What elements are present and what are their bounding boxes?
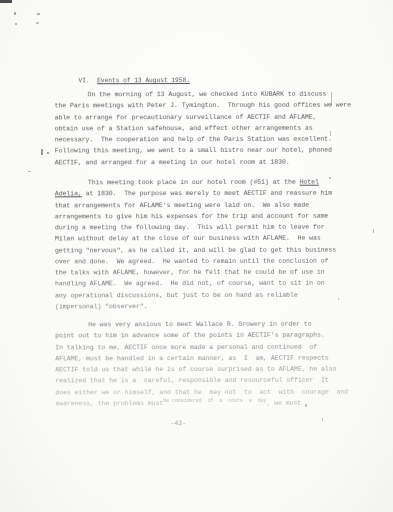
scan-artifact xyxy=(322,418,323,421)
text-segment: This meeting took place in our hotel roo… xyxy=(88,179,300,187)
document-page: VI. Events of 13 August 1958. On the mor… xyxy=(0,0,393,512)
text-line: that arrangements for AFLAME's meeting w… xyxy=(55,201,365,213)
text-line: He was very anxious to meet Wallace R. G… xyxy=(55,321,373,333)
section-title: Events of 13 August 1958. xyxy=(97,77,190,84)
underlined-hotel-name: Hotel xyxy=(300,179,319,186)
text-line: AFLAME, must be handled in a certain man… xyxy=(55,354,373,366)
scan-artifact xyxy=(305,404,307,407)
text-line: necessary. The cooperation and help of t… xyxy=(55,136,365,148)
scan-artifact xyxy=(36,22,39,24)
text-line: over and done. We agreed. He wanted to r… xyxy=(55,257,365,269)
scan-artifact xyxy=(329,177,331,179)
text-line: Milan without delay at the close of our … xyxy=(55,235,365,247)
text-segment: , we must xyxy=(266,399,301,406)
text-line: obtain use of a Station safehouse, and e… xyxy=(55,124,365,136)
section-number: VI. xyxy=(79,77,98,84)
scan-artifact xyxy=(41,149,43,155)
inserted-superscript-text: be considered if a costs a day xyxy=(163,398,266,404)
text-line: AECTIF told us that while he is of cours… xyxy=(55,366,373,378)
scan-artifact xyxy=(0,0,12,3)
scan-artifact xyxy=(28,171,31,172)
text-segment: at 1830. The purpose was merely to meet … xyxy=(82,190,332,198)
paragraph-1: On the morning of 13 August, we checked … xyxy=(55,91,365,171)
text-line: (impersonal) "observer". xyxy=(55,302,365,314)
paragraph-3-faded: He was very anxious to meet Wallace R. G… xyxy=(55,321,373,412)
text-line: the talks with AFLAME, however, for he f… xyxy=(55,269,365,281)
scan-artifact xyxy=(338,298,339,300)
text-line: In talking to me, AECTIF once more made … xyxy=(55,343,373,355)
scanned-text-block: VI. Events of 13 August 1958. On the mor… xyxy=(0,0,393,512)
text-line: AECTIF, and arranged for a meeting in ou… xyxy=(55,158,365,170)
section-heading: VI. Events of 13 August 1958. xyxy=(79,77,190,84)
page-number: -43- xyxy=(170,420,186,427)
scan-artifact xyxy=(331,92,332,106)
text-line: handling AFLAME. We agreed. He did not, … xyxy=(55,280,365,292)
scan-artifact xyxy=(15,23,17,25)
text-line: getting "nervous", as he called it, and … xyxy=(55,246,365,258)
text-line: able to arrange for precautionary survei… xyxy=(55,113,365,125)
text-line: realized that he is a careful, responsib… xyxy=(55,377,373,389)
scan-artifact xyxy=(330,131,331,136)
scan-artifact xyxy=(373,229,374,233)
scan-artifact xyxy=(37,13,40,15)
scan-artifact xyxy=(14,12,16,15)
text-segment: awareness, the problems must xyxy=(55,400,163,407)
text-line: On the morning of 13 August, we checked … xyxy=(55,91,365,103)
text-line: Adelia, at 1830. The purpose was merely … xyxy=(55,190,365,202)
text-line: the Paris meetings with Peter J. Tymingt… xyxy=(55,102,365,114)
text-line: awareness, the problems mustbe considere… xyxy=(55,399,373,411)
text-line: point out to him in advance some of the … xyxy=(55,332,373,344)
text-line: arrangements to give him his expenses fo… xyxy=(55,212,365,224)
text-line: Following this meeting, we went to a sma… xyxy=(55,147,365,159)
text-line: during a meeting the following day. This… xyxy=(55,224,365,236)
text-line: any operational discussions, but just to… xyxy=(55,291,365,303)
paragraph-2: This meeting took place in our hotel roo… xyxy=(55,179,365,315)
underlined-hotel-name: Adelia, xyxy=(55,191,82,198)
scan-artifact xyxy=(47,152,49,154)
text-line: This meeting took place in our hotel roo… xyxy=(55,179,365,191)
